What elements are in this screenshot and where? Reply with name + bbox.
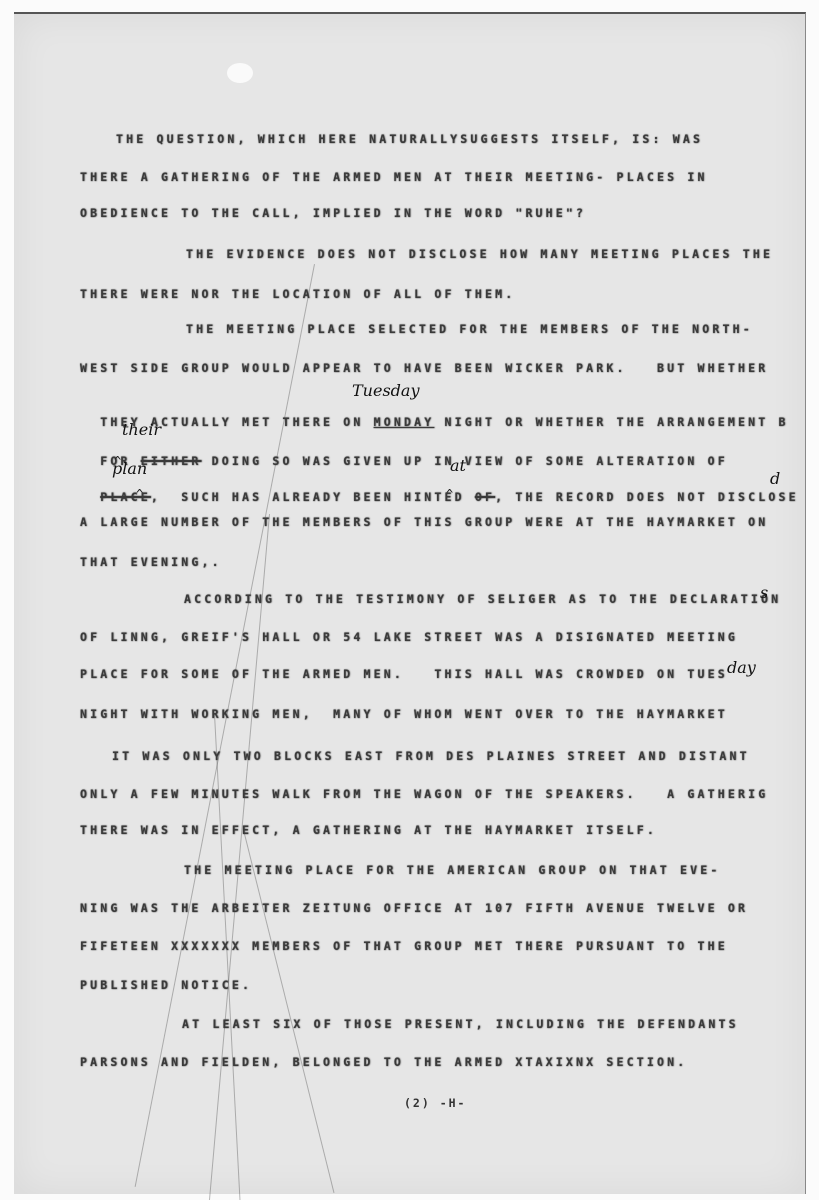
text-line: THE MEETING PLACE SELECTED FOR THE MEMBE… xyxy=(186,322,753,336)
struck-word: EITHER xyxy=(141,454,202,468)
struck-word: OF xyxy=(475,490,495,504)
paper-crease xyxy=(209,514,270,1200)
text-line: THE EVIDENCE DOES NOT DISCLOSE HOW MANY … xyxy=(186,247,773,261)
text-line: THE MEETING PLACE FOR THE AMERICAN GROUP… xyxy=(184,863,721,877)
text-line: AT LEAST SIX OF THOSE PRESENT, INCLUDING… xyxy=(182,1017,739,1031)
text-line: NIGHT WITH WORKING MEN, MANY OF WHOM WEN… xyxy=(80,707,728,721)
paper-crease xyxy=(244,834,334,1193)
handwritten-insert: s xyxy=(760,583,768,602)
handwritten-insert: their xyxy=(122,420,161,439)
text-line: THERE A GATHERING OF THE ARMED MEN AT TH… xyxy=(80,170,708,184)
text-line: THERE WAS IN EFFECT, A GATHERING AT THE … xyxy=(80,823,657,837)
handwritten-insert: Tuesday xyxy=(352,381,419,400)
text-line: ONLY A FEW MINUTES WALK FROM THE WAGON O… xyxy=(80,787,768,801)
text-line: WEST SIDE GROUP WOULD APPEAR TO HAVE BEE… xyxy=(80,361,768,375)
text-line: PARSONS AND FIELDEN, BELONGED TO THE ARM… xyxy=(80,1055,687,1069)
text-line: PLACE FOR SOME OF THE ARMED MEN. THIS HA… xyxy=(80,667,728,681)
text-line: OF LINNG, GREIF'S HALL OR 54 LAKE STREET… xyxy=(80,630,738,644)
caret-mark: ^ xyxy=(446,487,453,501)
page-number: (2) -H- xyxy=(404,1096,466,1110)
text-line: FOR EITHER DOING SO WAS GIVEN UP IN VIEW… xyxy=(80,440,728,468)
text-line: IT WAS ONLY TWO BLOCKS EAST FROM DES PLA… xyxy=(112,749,750,763)
typed-text: , THE RECORD DOES NOT DISCLOSE xyxy=(495,490,799,504)
typed-text: , SUCH HAS ALREADY BEEN HINTED xyxy=(151,490,475,504)
text-line: THEY ACTUALLY MET THERE ON MONDAY NIGHT … xyxy=(80,401,789,429)
caret-mark: ^ xyxy=(136,487,143,501)
text-line: THE QUESTION, WHICH HERE NATURALLYSUGGES… xyxy=(116,132,713,146)
struck-word: MONDAY xyxy=(374,415,435,429)
text-line: THERE WERE NOR THE LOCATION OF ALL OF TH… xyxy=(80,287,515,301)
text-line: PUBLISHED NOTICE. xyxy=(80,978,252,992)
text-line: PLACE, SUCH HAS ALREADY BEEN HINTED OF, … xyxy=(80,476,799,504)
struck-word: PLACE xyxy=(100,490,151,504)
text-line: ACCORDING TO THE TESTIMONY OF SELIGER AS… xyxy=(184,592,781,606)
text-line: NING WAS THE ARBEITER ZEITUNG OFFICE AT … xyxy=(80,901,748,915)
caret-mark: ^ xyxy=(114,454,121,468)
text-line: THAT EVENING,. xyxy=(80,555,222,569)
text-line: OBEDIENCE TO THE CALL, IMPLIED IN THE WO… xyxy=(80,206,586,220)
punch-hole xyxy=(227,63,253,83)
text-line: A LARGE NUMBER OF THE MEMBERS OF THIS GR… xyxy=(80,515,768,529)
handwritten-insert: at xyxy=(450,456,466,475)
typed-text: NIGHT OR WHETHER THE ARRANGEMENT B xyxy=(434,415,788,429)
handwritten-insert: d xyxy=(770,469,780,488)
handwritten-insert: day xyxy=(727,658,756,677)
text-line: FIFETEEN XXXXXXX MEMBERS OF THAT GROUP M… xyxy=(80,939,728,953)
